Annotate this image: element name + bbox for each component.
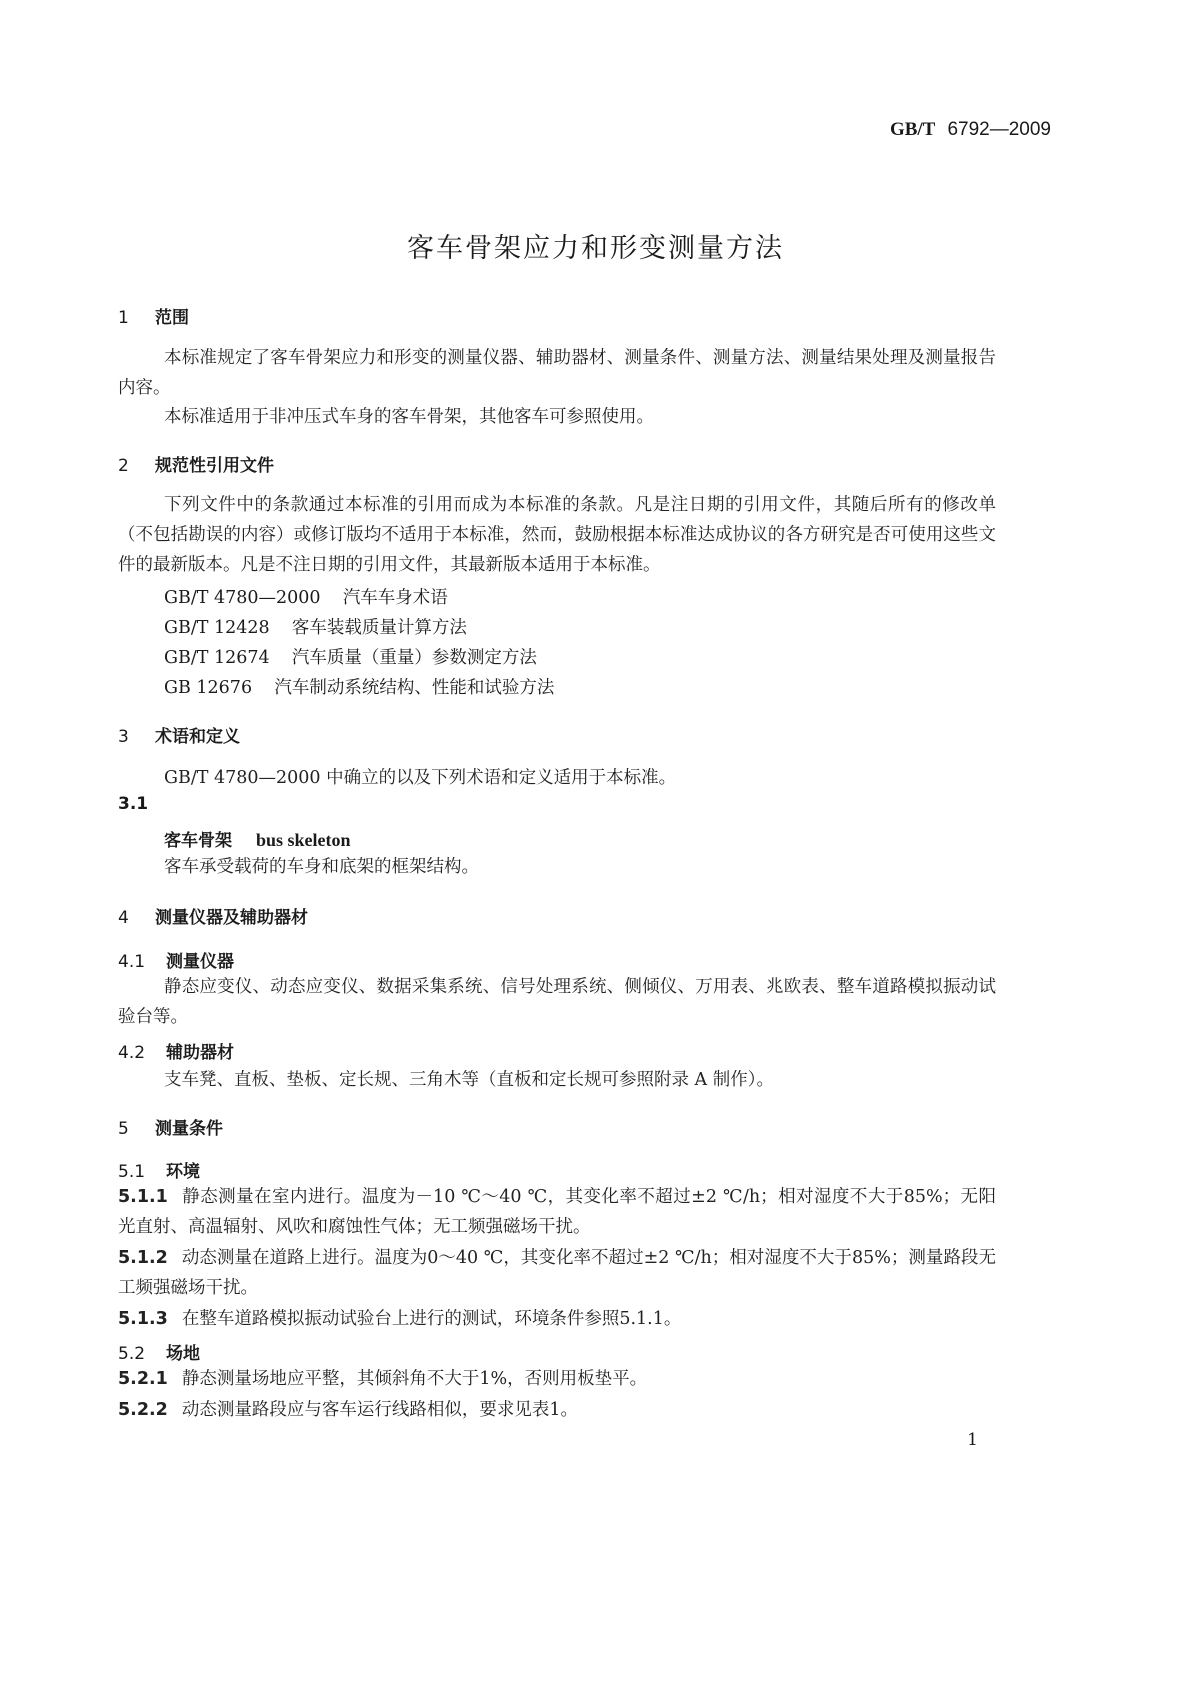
standard-number: GB/T 6792—2009 (890, 118, 1051, 141)
reference-code: GB/T 12674 (164, 648, 270, 668)
subsection-5-1-heading: 5.1环境 (118, 1157, 200, 1182)
section-number: 4 (118, 908, 155, 928)
standard-prefix: GB/T (890, 119, 935, 140)
clause-number: 5.2.2 (118, 1400, 168, 1420)
term-entry: 客车骨架bus skeleton (164, 826, 351, 851)
reference-title: 汽车制动系统结构、性能和试验方法 (274, 678, 554, 698)
section-1-paragraph-1: 本标准规定了客车骨架应力和形变的测量仪器、辅助器材、测量条件、测量方法、测量结果… (118, 343, 996, 403)
subsection-4-1-heading: 4.1测量仪器 (118, 947, 234, 972)
reference-code: GB/T 4780—2000 (164, 588, 321, 608)
section-number: 3 (118, 727, 155, 747)
clause-text: 在整车道路模拟振动试验台上进行的测试，环境条件参照5.1.1。 (182, 1309, 682, 1329)
section-title: 规范性引用文件 (155, 456, 274, 476)
reference-item: GB/T 12428 客车装载质量计算方法 (164, 614, 467, 639)
subsection-number: 5.1 (118, 1162, 166, 1182)
section-title: 术语和定义 (155, 727, 240, 747)
subsection-5-2-heading: 5.2场地 (118, 1339, 200, 1364)
subsection-title: 场地 (166, 1344, 200, 1364)
section-1-heading: 1范围 (118, 303, 189, 328)
clause-text: 动态测量在道路上进行。温度为0～40 ℃，其变化率不超过±2 ℃/h；相对湿度不… (118, 1248, 996, 1298)
subsection-title: 环境 (166, 1162, 200, 1182)
subsection-4-2-heading: 4.2辅助器材 (118, 1038, 234, 1063)
section-5-heading: 5测量条件 (118, 1114, 223, 1139)
section-number: 2 (118, 456, 155, 476)
subsection-4-2-paragraph: 支车凳、直板、垫板、定长规、三角木等（直板和定长规可参照附录 A 制作）。 (164, 1065, 774, 1095)
subsection-title: 测量仪器 (166, 952, 234, 972)
reference-item: GB/T 12674 汽车质量（重量）参数测定方法 (164, 644, 537, 669)
section-4-heading: 4测量仪器及辅助器材 (118, 903, 308, 928)
section-3-paragraph: GB/T 4780—2000 中确立的以及下列术语和定义适用于本标准。 (164, 763, 676, 793)
clause-text: 静态测量场地应平整，其倾斜角不大于1%，否则用板垫平。 (182, 1369, 647, 1389)
reference-title: 客车装载质量计算方法 (292, 618, 467, 638)
term-chinese: 客车骨架 (164, 831, 232, 851)
clause-5-2-1: 5.2.1静态测量场地应平整，其倾斜角不大于1%，否则用板垫平。 (118, 1364, 996, 1394)
reference-item: GB 12676 汽车制动系统结构、性能和试验方法 (164, 674, 554, 699)
page-number: 1 (967, 1430, 978, 1450)
section-2-paragraph: 下列文件中的条款通过本标准的引用而成为本标准的条款。凡是注日期的引用文件，其随后… (118, 490, 996, 580)
clause-number: 5.1.3 (118, 1309, 168, 1329)
section-title: 范围 (155, 308, 189, 328)
reference-code: GB 12676 (164, 678, 252, 698)
clause-5-1-1: 5.1.1静态测量在室内进行。温度为－10 ℃～40 ℃，其变化率不超过±2 ℃… (118, 1182, 996, 1242)
subsection-title: 辅助器材 (166, 1043, 234, 1063)
reference-title: 汽车质量（重量）参数测定方法 (292, 648, 537, 668)
term-definition: 客车承受载荷的车身和底架的框架结构。 (164, 852, 479, 882)
section-2-heading: 2规范性引用文件 (118, 451, 274, 476)
clause-number: 5.1.2 (118, 1248, 168, 1268)
term-english: bus skeleton (256, 830, 351, 850)
reference-item: GB/T 4780—2000 汽车车身术语 (164, 584, 448, 609)
clause-number: 5.2.1 (118, 1369, 168, 1389)
reference-title: 汽车车身术语 (343, 588, 448, 608)
subsection-number: 5.2 (118, 1344, 166, 1364)
section-number: 5 (118, 1119, 155, 1139)
section-number: 1 (118, 308, 155, 328)
section-title: 测量仪器及辅助器材 (155, 908, 308, 928)
standard-code: 6792—2009 (947, 119, 1051, 140)
section-3-heading: 3术语和定义 (118, 722, 240, 747)
clause-number: 5.1.1 (118, 1187, 168, 1207)
document-title: 客车骨架应力和形变测量方法 (0, 226, 1191, 265)
subsection-number: 4.1 (118, 952, 166, 972)
subsection-number: 4.2 (118, 1043, 166, 1063)
reference-code: GB/T 12428 (164, 618, 270, 638)
section-1-paragraph-2: 本标准适用于非冲压式车身的客车骨架，其他客车可参照使用。 (118, 402, 996, 432)
term-number: 3.1 (118, 794, 148, 814)
section-title: 测量条件 (155, 1119, 223, 1139)
clause-5-1-3: 5.1.3在整车道路模拟振动试验台上进行的测试，环境条件参照5.1.1。 (118, 1304, 996, 1334)
clause-text: 动态测量路段应与客车运行线路相似，要求见表1。 (182, 1400, 578, 1420)
clause-5-2-2: 5.2.2动态测量路段应与客车运行线路相似，要求见表1。 (118, 1395, 996, 1425)
clause-text: 静态测量在室内进行。温度为－10 ℃～40 ℃，其变化率不超过±2 ℃/h；相对… (118, 1187, 996, 1237)
clause-5-1-2: 5.1.2动态测量在道路上进行。温度为0～40 ℃，其变化率不超过±2 ℃/h；… (118, 1243, 996, 1303)
subsection-4-1-paragraph: 静态应变仪、动态应变仪、数据采集系统、信号处理系统、侧倾仪、万用表、兆欧表、整车… (118, 972, 996, 1032)
